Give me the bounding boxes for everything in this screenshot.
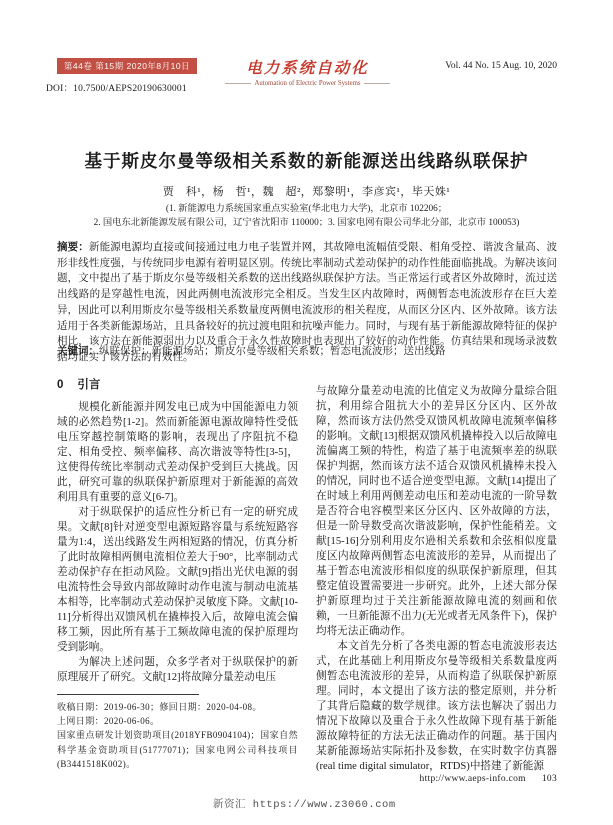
journal-masthead: 电力系统自动化 Automation of Electric Power Sys… — [225, 56, 390, 87]
journal-name-en-row: Automation of Electric Power Systems — [225, 80, 390, 87]
footnote-funding: 国家重点研发计划资助项目(2018YFB0904104)；国家自然科学基金资助项… — [57, 728, 298, 771]
footnote-block: 收稿日期：2019-06-30；修回日期：2020-04-08。 上网日期：20… — [57, 694, 298, 771]
authors-line: 贾 科¹，杨 哲¹，魏 超²，郑黎明¹，李彦宾¹，毕天姝¹ — [0, 183, 613, 199]
page-number: 103 — [542, 774, 557, 784]
keywords-text: 纵联保护；新能源场站；斯皮尔曼等级相关系数；暂态电流波形；送出线路 — [99, 346, 446, 357]
section-number: 0 — [57, 379, 63, 391]
journal-page: 第44卷 第15期 2020年8月10日 DOI：10.7500/AEPS201… — [0, 0, 613, 825]
watermark-text: 新资汇 https://www.z3060.com — [213, 796, 396, 811]
page-footer: http://www.aeps-info.com103 — [420, 774, 557, 784]
doi-text: DOI：10.7500/AEPS20190630001 — [46, 80, 187, 94]
volume-info: Vol. 44 No. 15 Aug. 10, 2020 — [445, 61, 557, 71]
masthead-rule-left — [225, 83, 251, 84]
footnote-rule — [57, 694, 199, 695]
issue-info-box: 第44卷 第15期 2020年8月10日 — [57, 58, 197, 74]
keywords: 关键词：纵联保护；新能源场站；斯皮尔曼等级相关系数；暂态电流波形；送出线路 — [57, 344, 557, 360]
paragraph: 规模化新能源并网发电已成为中国能源电力领域的必然趋势[1-2]。然而新能源电源故… — [57, 400, 298, 505]
body-column-right: 与故障分量差动电流的比值定义为故障分量综合阻抗，利用综合阻抗大小的差异区分区内、… — [316, 384, 557, 774]
journal-name-en: Automation of Electric Power Systems — [254, 80, 360, 87]
paragraph: 本文首先分析了各类电源的暂态电流波形表达式，在此基础上利用斯皮尔曼等级相关系数量… — [316, 639, 557, 774]
masthead-rule-right — [364, 83, 390, 84]
body-column-left: 规模化新能源并网发电已成为中国能源电力领域的必然趋势[1-2]。然而新能源电源故… — [57, 400, 298, 685]
journal-name-cn: 电力系统自动化 — [225, 56, 390, 78]
abstract-label: 摘要： — [57, 241, 89, 253]
footnote-received-date: 收稿日期：2019-06-30；修回日期：2020-04-08。 — [57, 700, 298, 714]
affiliation-line-2: 2. 国电东北新能源发展有限公司，辽宁省沈阳市 110000；3. 国家电网有限… — [0, 214, 613, 228]
keywords-label: 关键词： — [57, 345, 99, 357]
footnote-online-date: 上网日期：2020-06-06。 — [57, 714, 298, 728]
paragraph: 对于纵联保护的适应性分析已有一定的研究成果。文献[8]针对逆变型电源短路容量与系… — [57, 505, 298, 655]
section-title: 引言 — [77, 379, 100, 391]
paragraph: 与故障分量差动电流的比值定义为故障分量综合阻抗，利用综合阻抗大小的差异区分区内、… — [316, 384, 557, 639]
affiliation-line-1: (1. 新能源电力系统国家重点实验室(华北电力大学)，北京市 102206； — [0, 200, 613, 214]
section-heading-introduction: 0引言 — [57, 376, 100, 392]
article-title: 基于斯皮尔曼等级相关系数的新能源送出线路纵联保护 — [0, 148, 613, 173]
paragraph: 为解决上述问题，众多学者对于纵联保护的新原理展开了研究。文献[12]将故障分量差… — [57, 655, 298, 685]
journal-url: http://www.aeps-info.com — [420, 774, 526, 784]
